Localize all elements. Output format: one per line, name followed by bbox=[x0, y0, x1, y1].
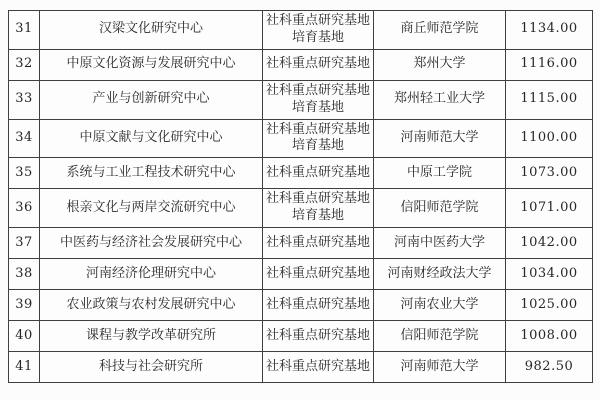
center-name-cell: 河南经济伦理研究中心 bbox=[40, 259, 263, 290]
score-value-cell: 1071.00 bbox=[506, 189, 593, 228]
row-number-cell: 39 bbox=[9, 290, 40, 321]
row-number-cell: 41 bbox=[9, 352, 40, 383]
score-value-cell: 1025.00 bbox=[506, 290, 593, 321]
score-value-cell: 1116.00 bbox=[506, 49, 593, 80]
center-name-cell: 中原文化资源与发展研究中心 bbox=[40, 49, 263, 80]
table-row: 40 课程与教学改革研究所 社科重点研究基地 信阳师范学院 1008.00 bbox=[9, 321, 593, 352]
center-name-cell: 根亲文化与两岸交流研究中心 bbox=[40, 189, 263, 228]
table-row: 38 河南经济伦理研究中心 社科重点研究基地 河南财经政法大学 1034.00 bbox=[9, 259, 593, 290]
table-row: 33 产业与创新研究中心 社科重点研究基地 培育基地 郑州轻工业大学 1115.… bbox=[9, 80, 593, 119]
table-row: 36 根亲文化与两岸交流研究中心 社科重点研究基地 培育基地 信阳师范学院 10… bbox=[9, 189, 593, 228]
base-type-cell: 社科重点研究基地 培育基地 bbox=[263, 189, 374, 228]
score-value-cell: 1073.00 bbox=[506, 158, 593, 189]
row-number-cell: 34 bbox=[9, 119, 40, 158]
base-type-cell: 社科重点研究基地 bbox=[263, 352, 374, 383]
score-value-cell: 1034.00 bbox=[506, 259, 593, 290]
table-row: 41 科技与社会研究所 社科重点研究基地 河南师范大学 982.50 bbox=[9, 352, 593, 383]
university-name-cell: 河南师范大学 bbox=[374, 352, 506, 383]
center-name-cell: 系统与工业工程技术研究中心 bbox=[40, 158, 263, 189]
base-type-cell: 社科重点研究基地 bbox=[263, 49, 374, 80]
university-name-cell: 商丘师范学院 bbox=[374, 11, 506, 50]
center-name-cell: 汉梁文化研究中心 bbox=[40, 11, 263, 50]
table-row: 31 汉梁文化研究中心 社科重点研究基地 培育基地 商丘师范学院 1134.00 bbox=[9, 11, 593, 50]
base-type-cell: 社科重点研究基地 bbox=[263, 321, 374, 352]
document-page: 31 汉梁文化研究中心 社科重点研究基地 培育基地 商丘师范学院 1134.00… bbox=[8, 10, 593, 383]
center-name-cell: 农业政策与农村发展研究中心 bbox=[40, 290, 263, 321]
university-name-cell: 河南中医药大学 bbox=[374, 228, 506, 259]
center-name-cell: 课程与教学改革研究所 bbox=[40, 321, 263, 352]
row-number-cell: 35 bbox=[9, 158, 40, 189]
center-name-cell: 中医药与经济社会发展研究中心 bbox=[40, 228, 263, 259]
center-name-cell: 科技与社会研究所 bbox=[40, 352, 263, 383]
row-number-cell: 32 bbox=[9, 49, 40, 80]
row-number-cell: 40 bbox=[9, 321, 40, 352]
table-row: 35 系统与工业工程技术研究中心 社科重点研究基地 中原工学院 1073.00 bbox=[9, 158, 593, 189]
base-type-cell: 社科重点研究基地 bbox=[263, 259, 374, 290]
university-name-cell: 河南农业大学 bbox=[374, 290, 506, 321]
table-row: 39 农业政策与农村发展研究中心 社科重点研究基地 河南农业大学 1025.00 bbox=[9, 290, 593, 321]
score-value-cell: 982.50 bbox=[506, 352, 593, 383]
research-base-table: 31 汉梁文化研究中心 社科重点研究基地 培育基地 商丘师范学院 1134.00… bbox=[8, 10, 593, 383]
score-value-cell: 1115.00 bbox=[506, 80, 593, 119]
base-type-cell: 社科重点研究基地 培育基地 bbox=[263, 119, 374, 158]
base-type-cell: 社科重点研究基地 bbox=[263, 228, 374, 259]
score-value-cell: 1008.00 bbox=[506, 321, 593, 352]
table-body: 31 汉梁文化研究中心 社科重点研究基地 培育基地 商丘师范学院 1134.00… bbox=[9, 11, 593, 383]
row-number-cell: 38 bbox=[9, 259, 40, 290]
row-number-cell: 33 bbox=[9, 80, 40, 119]
university-name-cell: 河南师范大学 bbox=[374, 119, 506, 158]
university-name-cell: 河南财经政法大学 bbox=[374, 259, 506, 290]
score-value-cell: 1134.00 bbox=[506, 11, 593, 50]
base-type-cell: 社科重点研究基地 bbox=[263, 290, 374, 321]
university-name-cell: 郑州轻工业大学 bbox=[374, 80, 506, 119]
university-name-cell: 郑州大学 bbox=[374, 49, 506, 80]
row-number-cell: 36 bbox=[9, 189, 40, 228]
base-type-cell: 社科重点研究基地 培育基地 bbox=[263, 80, 374, 119]
base-type-cell: 社科重点研究基地 培育基地 bbox=[263, 11, 374, 50]
table-row: 37 中医药与经济社会发展研究中心 社科重点研究基地 河南中医药大学 1042.… bbox=[9, 228, 593, 259]
university-name-cell: 中原工学院 bbox=[374, 158, 506, 189]
university-name-cell: 信阳师范学院 bbox=[374, 321, 506, 352]
row-number-cell: 31 bbox=[9, 11, 40, 50]
base-type-cell: 社科重点研究基地 bbox=[263, 158, 374, 189]
score-value-cell: 1042.00 bbox=[506, 228, 593, 259]
row-number-cell: 37 bbox=[9, 228, 40, 259]
university-name-cell: 信阳师范学院 bbox=[374, 189, 506, 228]
center-name-cell: 产业与创新研究中心 bbox=[40, 80, 263, 119]
table-row: 34 中原文献与文化研究中心 社科重点研究基地 培育基地 河南师范大学 1100… bbox=[9, 119, 593, 158]
center-name-cell: 中原文献与文化研究中心 bbox=[40, 119, 263, 158]
table-row: 32 中原文化资源与发展研究中心 社科重点研究基地 郑州大学 1116.00 bbox=[9, 49, 593, 80]
score-value-cell: 1100.00 bbox=[506, 119, 593, 158]
